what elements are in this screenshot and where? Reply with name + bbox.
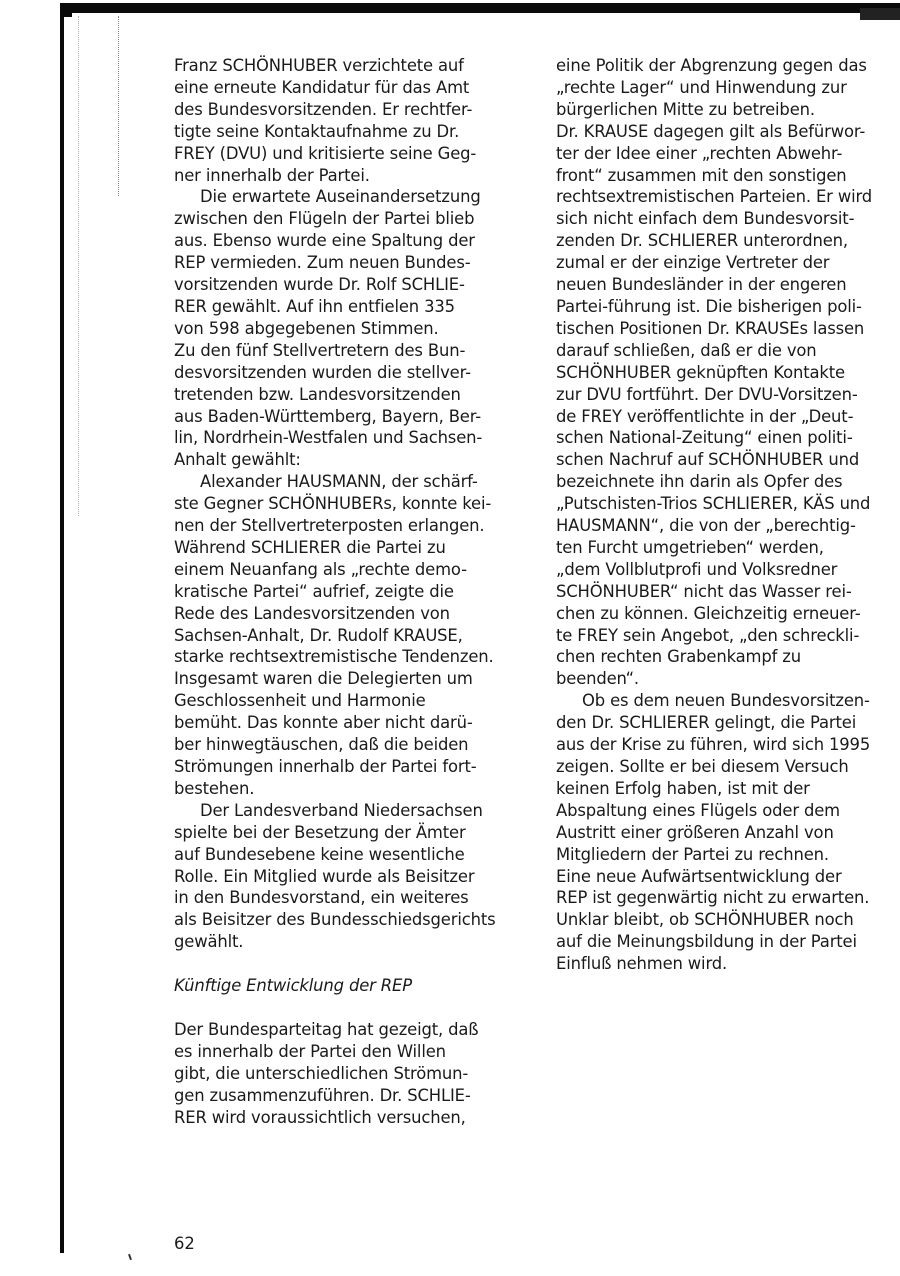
text-line: gen zusammenzuführen. Dr. SCHLIE- [174, 1085, 544, 1107]
scan-border-left [60, 3, 64, 1253]
text-line: Rede des Landesvorsitzenden von [174, 603, 544, 625]
text-line: RER wird voraussichtlich versuchen, [174, 1107, 544, 1129]
text-line: aus der Krise zu führen, wird sich 1995 [556, 734, 900, 756]
text-line: Abspaltung eines Flügels oder dem [556, 800, 900, 822]
text-line: RER gewählt. Auf ihn entfielen 335 [174, 296, 544, 318]
text-line: in den Bundesvorstand, ein weiteres [174, 887, 544, 909]
scan-noise [118, 16, 120, 196]
text-line: te FREY sein Angebot, „den schreckli- [556, 625, 900, 647]
text-line: nen der Stellvertreterposten erlangen. [174, 515, 544, 537]
text-line: Unklar bleibt, ob SCHÖNHUBER noch [556, 909, 900, 931]
right-column: eine Politik der Abgrenzung gegen das „r… [556, 55, 900, 975]
text-line: Eine neue Aufwärtsentwicklung der [556, 866, 900, 888]
text-line: einem Neuanfang als „rechte demo- [174, 559, 544, 581]
text-line: Partei-führung ist. Die bisherigen poli- [556, 296, 900, 318]
text-line: eine Politik der Abgrenzung gegen das [556, 55, 900, 77]
text-line: auf die Meinungsbildung in der Partei [556, 931, 900, 953]
text-line: Mitgliedern der Partei zu rechnen. [556, 844, 900, 866]
text-line: „Putschisten-Trios SCHLIERER, KÄS und [556, 493, 900, 515]
text-line: auf Bundesebene keine wesentliche [174, 844, 544, 866]
text-line: eine erneute Kandidatur für das Amt [174, 77, 544, 99]
text-line: front“ zusammen mit den sonstigen [556, 165, 900, 187]
text-line: aus. Ebenso wurde eine Spaltung der [174, 230, 544, 252]
page-number: 62 [174, 1234, 195, 1253]
text-line: bestehen. [174, 778, 544, 800]
paragraph: eine Politik der Abgrenzung gegen das „r… [556, 55, 900, 121]
text-line: lin, Nordrhein-Westfalen und Sachsen- [174, 427, 544, 449]
text-line: de FREY veröffentlichte in der „Deut- [556, 406, 900, 428]
text-line: Ob es dem neuen Bundesvorsitzen- [556, 690, 900, 712]
text-line: rechtsextremistischen Parteien. Er wird [556, 186, 900, 208]
text-line: Dr. KRAUSE dagegen gilt als Befürwor- [556, 121, 900, 143]
text-line: FREY (DVU) und kritisierte seine Geg- [174, 143, 544, 165]
text-line: spielte bei der Besetzung der Ämter [174, 822, 544, 844]
text-line: Franz SCHÖNHUBER verzichtete auf [174, 55, 544, 77]
text-line: zur DVU fortführt. Der DVU-Vorsitzen- [556, 384, 900, 406]
paragraph: Alexander HAUSMANN, der schärf- ste Gegn… [174, 471, 544, 800]
paragraph: Zu den fünf Stellvertretern des Bun- des… [174, 340, 544, 471]
text-line: bürgerlichen Mitte zu betreiben. [556, 99, 900, 121]
text-line: zeigen. Sollte er bei diesem Versuch [556, 756, 900, 778]
text-line: SCHÖNHUBER“ nicht das Wasser rei- [556, 581, 900, 603]
text-line: des Bundesvorsitzenden. Er rechtfer- [174, 99, 544, 121]
scan-border-top [60, 3, 900, 13]
text-line: aus Baden-Württemberg, Bayern, Ber- [174, 406, 544, 428]
text-line: Während SCHLIERER die Partei zu [174, 537, 544, 559]
text-line: Insgesamt waren die Delegierten um [174, 668, 544, 690]
text-line: sich nicht einfach dem Bundesvorsit- [556, 208, 900, 230]
text-line: gibt, die unterschiedlichen Strömun- [174, 1063, 544, 1085]
text-line: es innerhalb der Partei den Willen [174, 1041, 544, 1063]
text-line: kratische Partei“ aufrief, zeigte die [174, 581, 544, 603]
section-heading: Künftige Entwicklung der REP [174, 975, 544, 997]
scan-mark [128, 1254, 132, 1260]
paragraph: Franz SCHÖNHUBER verzichtete auf eine er… [174, 55, 544, 186]
text-line: tretenden bzw. Landesvorsitzenden [174, 384, 544, 406]
text-line: zumal er der einzige Vertreter der [556, 252, 900, 274]
text-line: beenden“. [556, 668, 900, 690]
text-line: vorsitzenden wurde Dr. Rolf SCHLIE- [174, 274, 544, 296]
text-line: REP vermieden. Zum neuen Bundes- [174, 252, 544, 274]
text-line: „rechte Lager“ und Hinwendung zur [556, 77, 900, 99]
text-line: Anhalt gewählt: [174, 449, 544, 471]
text-line: gewählt. [174, 931, 544, 953]
text-line: zwischen den Flügeln der Partei blieb [174, 208, 544, 230]
text-line: SCHÖNHUBER geknüpften Kontakte [556, 362, 900, 384]
text-line: ten Furcht umgetrieben“ werden, [556, 537, 900, 559]
text-line: darauf schließen, daß er die von [556, 340, 900, 362]
text-line: bezeichnete ihn darin als Opfer des [556, 471, 900, 493]
text-line: von 598 abgegebenen Stimmen. [174, 318, 544, 340]
text-line: HAUSMANN“, die von der „berechtig- [556, 515, 900, 537]
scan-noise [78, 16, 80, 516]
text-line: Geschlossenheit und Harmonie [174, 690, 544, 712]
text-line: Die erwartete Auseinandersetzung [174, 186, 544, 208]
paragraph: Der Landesverband Niedersachsen spielte … [174, 800, 544, 953]
text-line: neuen Bundesländer in der engeren [556, 274, 900, 296]
text-line: den Dr. SCHLIERER gelingt, die Partei [556, 712, 900, 734]
text-line: chen rechten Grabenkampf zu [556, 646, 900, 668]
paragraph: Der Bundesparteitag hat gezeigt, daß es … [174, 1019, 544, 1129]
paragraph: Die erwartete Auseinandersetzung zwische… [174, 186, 544, 339]
text-line: ter der Idee einer „rechten Abwehr- [556, 143, 900, 165]
text-line: Zu den fünf Stellvertretern des Bun- [174, 340, 544, 362]
text-line: Einfluß nehmen wird. [556, 953, 900, 975]
text-line: Rolle. Ein Mitglied wurde als Beisitzer [174, 866, 544, 888]
text-line: bemüht. Das konnte aber nicht darü- [174, 712, 544, 734]
text-line: Sachsen-Anhalt, Dr. Rudolf KRAUSE, [174, 625, 544, 647]
text-line: ner innerhalb der Partei. [174, 165, 544, 187]
text-line: REP ist gegenwärtig nicht zu erwarten. [556, 887, 900, 909]
text-line: Strömungen innerhalb der Partei fort- [174, 756, 544, 778]
text-line: schen Nachruf auf SCHÖNHUBER und [556, 449, 900, 471]
text-line: Der Landesverband Niedersachsen [174, 800, 544, 822]
text-line: tigte seine Kontaktaufnahme zu Dr. [174, 121, 544, 143]
paragraph: Ob es dem neuen Bundesvorsitzen- den Dr.… [556, 690, 900, 975]
text-line: chen zu können. Gleichzeitig erneuer- [556, 603, 900, 625]
text-line: starke rechtsextremistische Tendenzen. [174, 646, 544, 668]
text-line: Der Bundesparteitag hat gezeigt, daß [174, 1019, 544, 1041]
text-line: schen National-Zeitung“ einen politi- [556, 427, 900, 449]
text-line: desvorsitzenden wurden die stellver- [174, 362, 544, 384]
scan-border-top-right [860, 8, 900, 20]
paragraph: Dr. KRAUSE dagegen gilt als Befürwor- te… [556, 121, 900, 691]
text-line: keinen Erfolg haben, ist mit der [556, 778, 900, 800]
left-column: Franz SCHÖNHUBER verzichtete auf eine er… [174, 55, 544, 1129]
text-line: „dem Vollblutprofi und Volksredner [556, 559, 900, 581]
text-line: tischen Positionen Dr. KRAUSEs lassen [556, 318, 900, 340]
text-line: Alexander HAUSMANN, der schärf- [174, 471, 544, 493]
text-line: ber hinwegtäuschen, daß die beiden [174, 734, 544, 756]
text-line: ste Gegner SCHÖNHUBERs, konnte kei- [174, 493, 544, 515]
text-line: Austritt einer größeren Anzahl von [556, 822, 900, 844]
text-line: als Beisitzer des Bundesschiedsgerichts [174, 909, 544, 931]
text-line: zenden Dr. SCHLIERER unterordnen, [556, 230, 900, 252]
